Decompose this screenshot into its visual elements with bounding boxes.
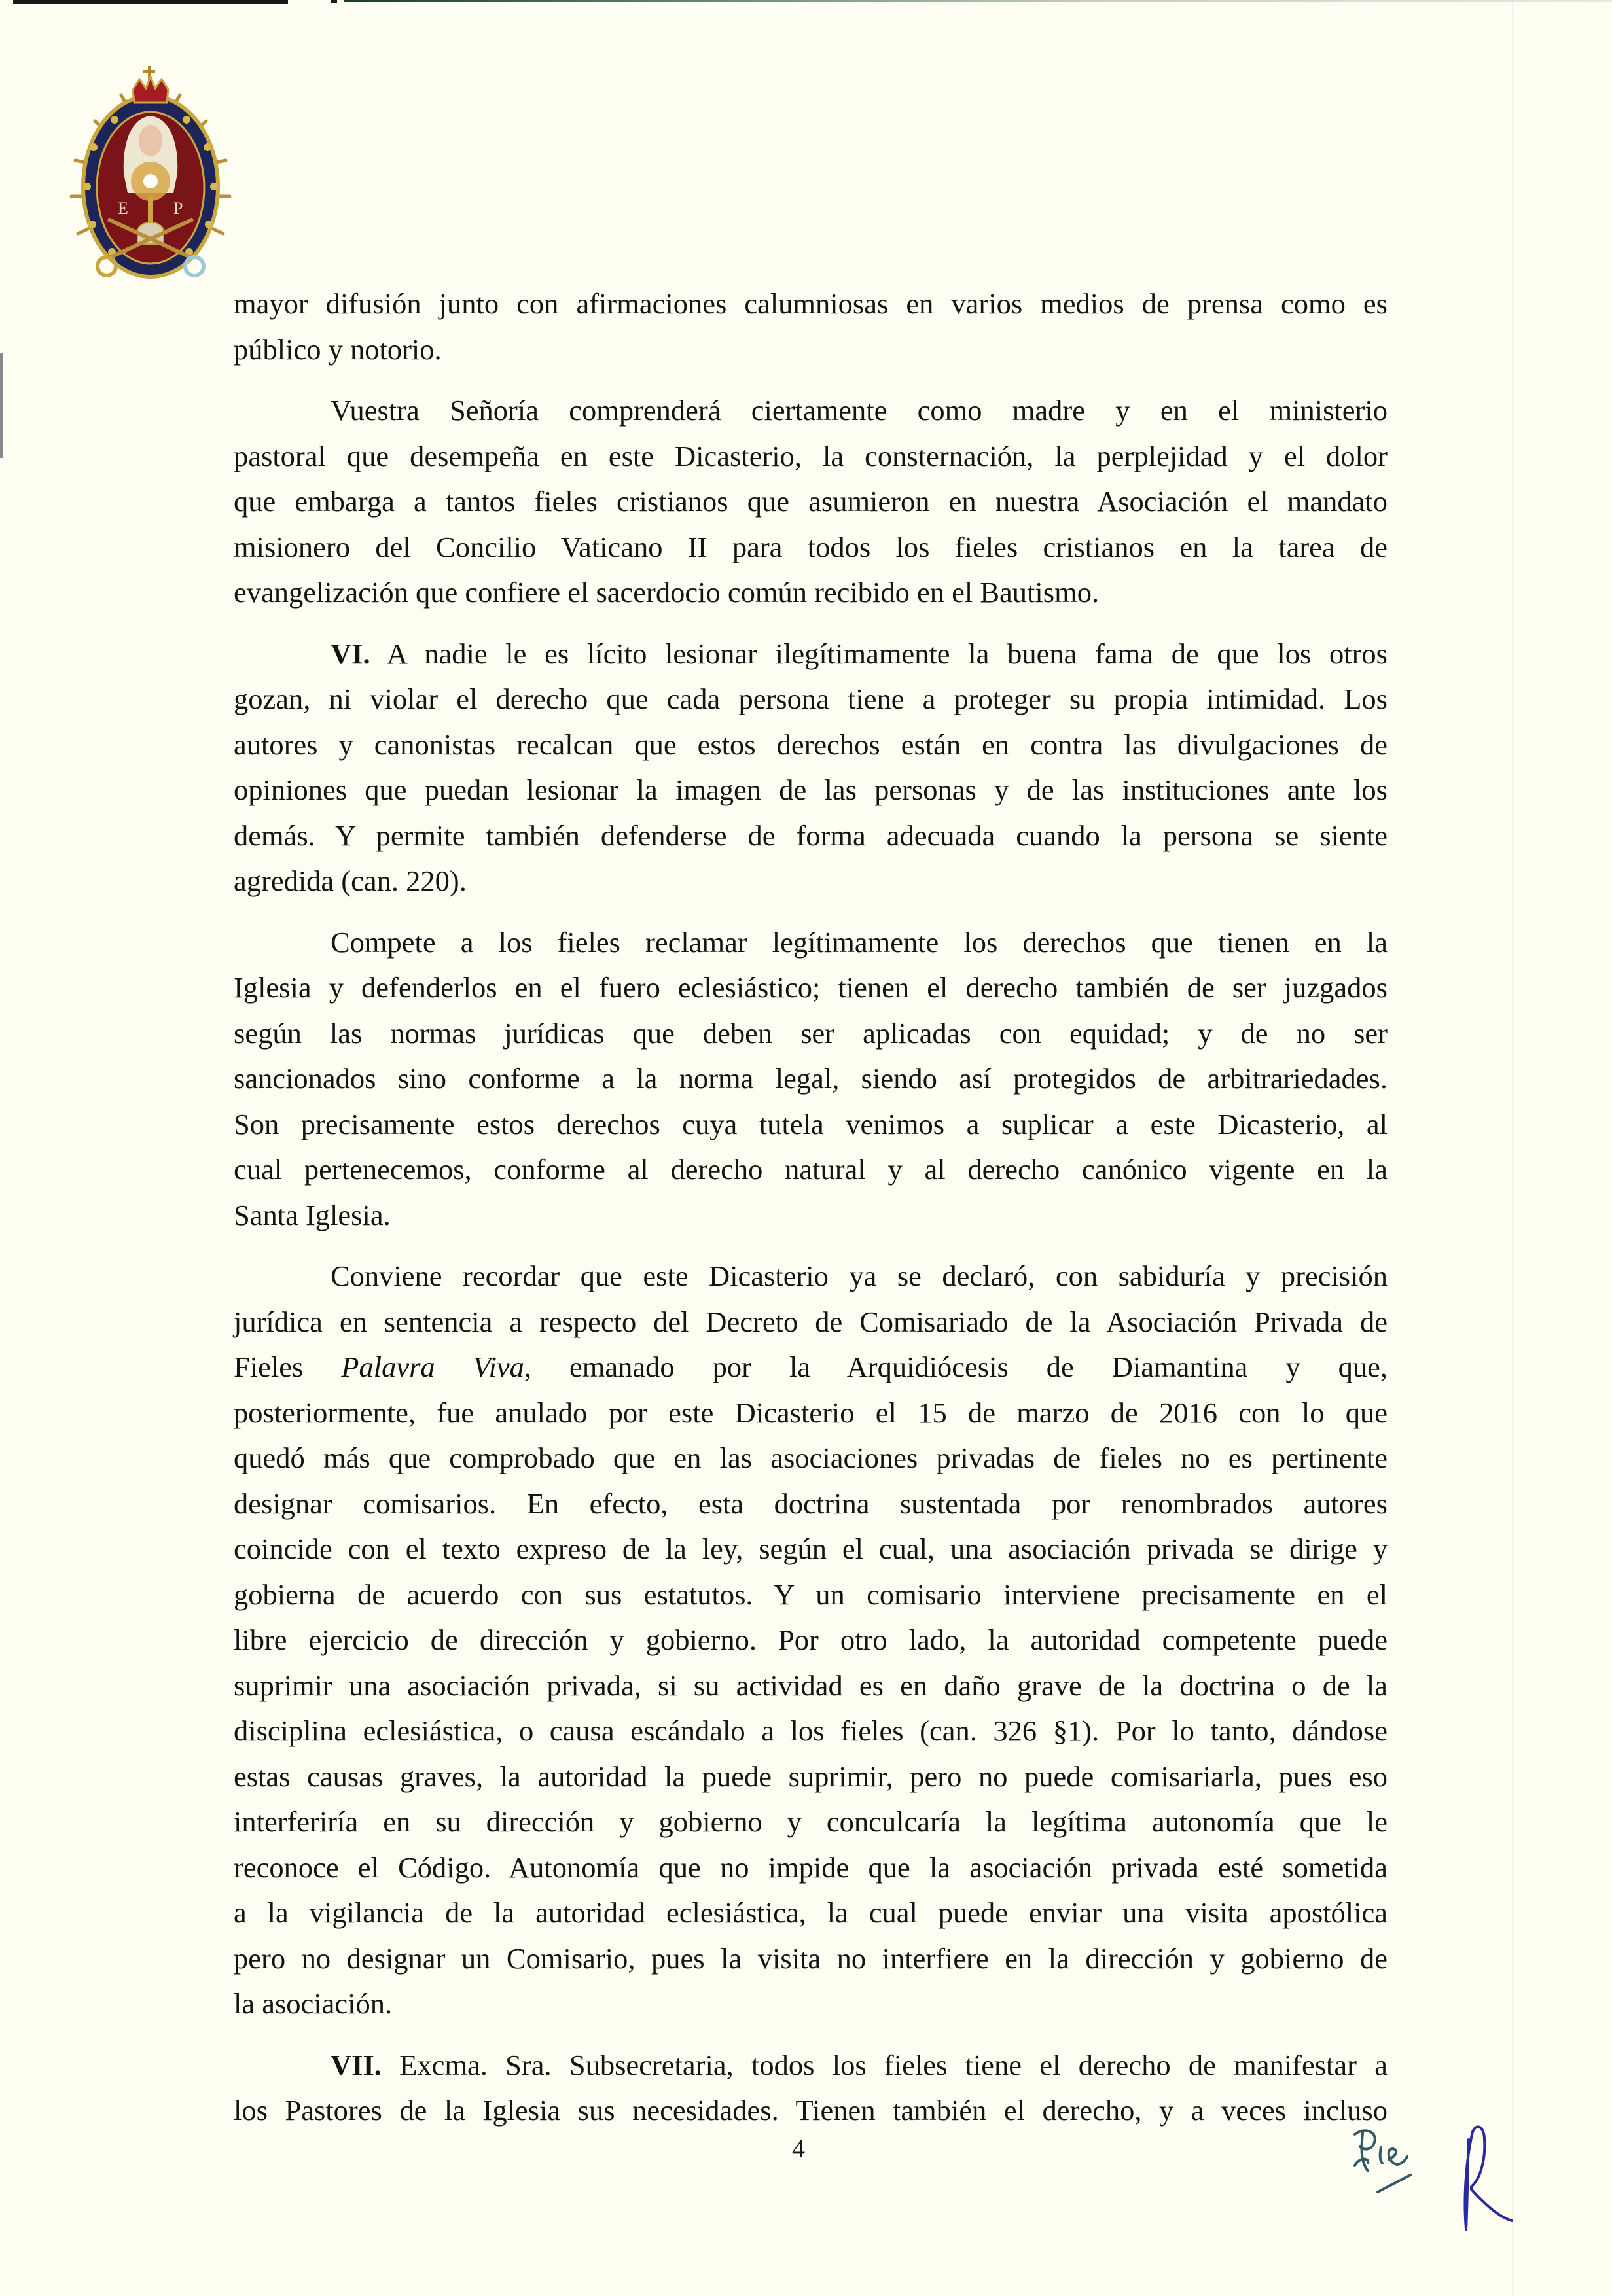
association-name-italic: Palavra Viva — [341, 1351, 524, 1383]
section-numeral: VI. — [331, 637, 370, 670]
text-line: opiniones que puedan lesionar la imagen … — [234, 768, 1388, 813]
text-line: la asociación. — [234, 1981, 1388, 2027]
text-line: según las normas jurídicas que deben ser… — [234, 1011, 1388, 1057]
handwritten-signature-r — [1440, 2113, 1518, 2244]
scan-edge-bar — [13, 0, 288, 4]
text-line: posteriormente, fue anulado por este Dic… — [234, 1390, 1388, 1436]
text-line: VII. Excma. Sra. Subsecretaria, todos lo… — [234, 2043, 1388, 2089]
text-line: suprimir una asociación privada, si su a… — [234, 1663, 1388, 1709]
text-fragment: Excma. Sra. Subsecretaria, todos los fie… — [382, 2049, 1388, 2081]
emblem-letter-e: E — [118, 199, 128, 218]
text-line: gozan, ni violar el derecho que cada per… — [234, 677, 1388, 722]
text-line: gobierna de acuerdo con sus estatutos. Y… — [234, 1572, 1388, 1618]
text-line: libre ejercicio de dirección y gobierno.… — [234, 1617, 1388, 1663]
text-line: disciplina eclesiástica, o causa escánda… — [234, 1708, 1388, 1754]
text-line: agredida (can. 220). — [234, 858, 1388, 904]
text-line: autores y canonistas recalcan que estos … — [234, 722, 1388, 768]
text-line: Iglesia y defenderlos en el fuero eclesi… — [234, 965, 1388, 1011]
paragraph-compete: Compete a los fieles reclamar legítimame… — [234, 920, 1388, 1239]
text-line: jurídica en sentencia a respecto del Dec… — [234, 1299, 1388, 1345]
text-line: coincide con el texto expreso de la ley,… — [234, 1527, 1388, 1572]
document-body: mayor difusión junto con afirmaciones ca… — [234, 281, 1388, 2149]
section-vii-paragraph: VII. Excma. Sra. Subsecretaria, todos lo… — [234, 2043, 1388, 2134]
scan-edge-gradient — [344, 0, 1612, 2]
text-line: público y notorio. — [234, 327, 1388, 373]
text-line: estas causas graves, la autoridad la pue… — [234, 1754, 1388, 1800]
text-line: que embarga a tantos fieles cristianos q… — [234, 479, 1388, 525]
heraldic-emblem-logo: E P — [69, 62, 232, 285]
text-line: demás. Y permite también defenderse de f… — [234, 813, 1388, 859]
text-line: VI. A nadie le es lícito lesionar ilegít… — [234, 631, 1388, 677]
text-line: cual pertenecemos, conforme al derecho n… — [234, 1147, 1388, 1193]
text-line-with-italic: Fieles Palavra Viva, emanado por la Arqu… — [234, 1345, 1388, 1390]
scan-edge-mark — [331, 0, 337, 3]
text-fragment: Fieles — [234, 1351, 341, 1383]
text-line: designar comisarios. En efecto, esta doc… — [234, 1481, 1388, 1527]
text-line: sancionados sino conforme a la norma leg… — [234, 1056, 1388, 1102]
text-line: pero no designar un Comisario, pues la v… — [234, 1936, 1388, 1982]
paragraph-conviene-recordar: Conviene recordar que este Dicasterio ya… — [234, 1254, 1388, 2027]
handwritten-initials — [1329, 2120, 1446, 2225]
section-numeral: VII. — [331, 2049, 382, 2081]
text-line: misionero del Concilio Vaticano II para … — [234, 525, 1388, 571]
text-line: pastoral que desempeña en este Dicasteri… — [234, 434, 1388, 480]
text-line: mayor difusión junto con afirmaciones ca… — [234, 281, 1388, 327]
text-line: reconoce el Código. Autonomía que no imp… — [234, 1845, 1388, 1891]
text-line: Son precisamente estos derechos cuya tut… — [234, 1102, 1388, 1148]
page-number: 4 — [792, 2134, 805, 2163]
text-fragment: , emanado por la Arquidiócesis de Diaman… — [524, 1351, 1388, 1383]
emblem-letter-p: P — [173, 199, 183, 218]
text-line: a la vigilancia de la autoridad eclesiás… — [234, 1890, 1388, 1936]
text-line: Santa Iglesia. — [234, 1193, 1388, 1239]
text-line: interferiría en su dirección y gobierno … — [234, 1799, 1388, 1845]
text-line: Conviene recordar que este Dicasterio ya… — [234, 1254, 1388, 1299]
paragraph-continuation: mayor difusión junto con afirmaciones ca… — [234, 281, 1388, 372]
scan-left-edge-mark — [0, 353, 3, 458]
section-vi-paragraph: VI. A nadie le es lícito lesionar ilegít… — [234, 631, 1388, 904]
paragraph-vuestra-senoria: Vuestra Señoría comprenderá ciertamente … — [234, 388, 1388, 616]
text-line: los Pastores de la Iglesia sus necesidad… — [234, 2088, 1388, 2134]
text-line: quedó más que comprobado que en las asoc… — [234, 1436, 1388, 1481]
text-line: Compete a los fieles reclamar legítimame… — [234, 920, 1388, 966]
page-fold-line-right — [1512, 0, 1513, 2296]
text-line: Vuestra Señoría comprenderá ciertamente … — [234, 388, 1388, 434]
text-fragment: A nadie le es lícito lesionar ilegítimam… — [370, 637, 1388, 670]
text-line: evangelización que confiere el sacerdoci… — [234, 570, 1388, 616]
crown-icon — [133, 77, 168, 103]
